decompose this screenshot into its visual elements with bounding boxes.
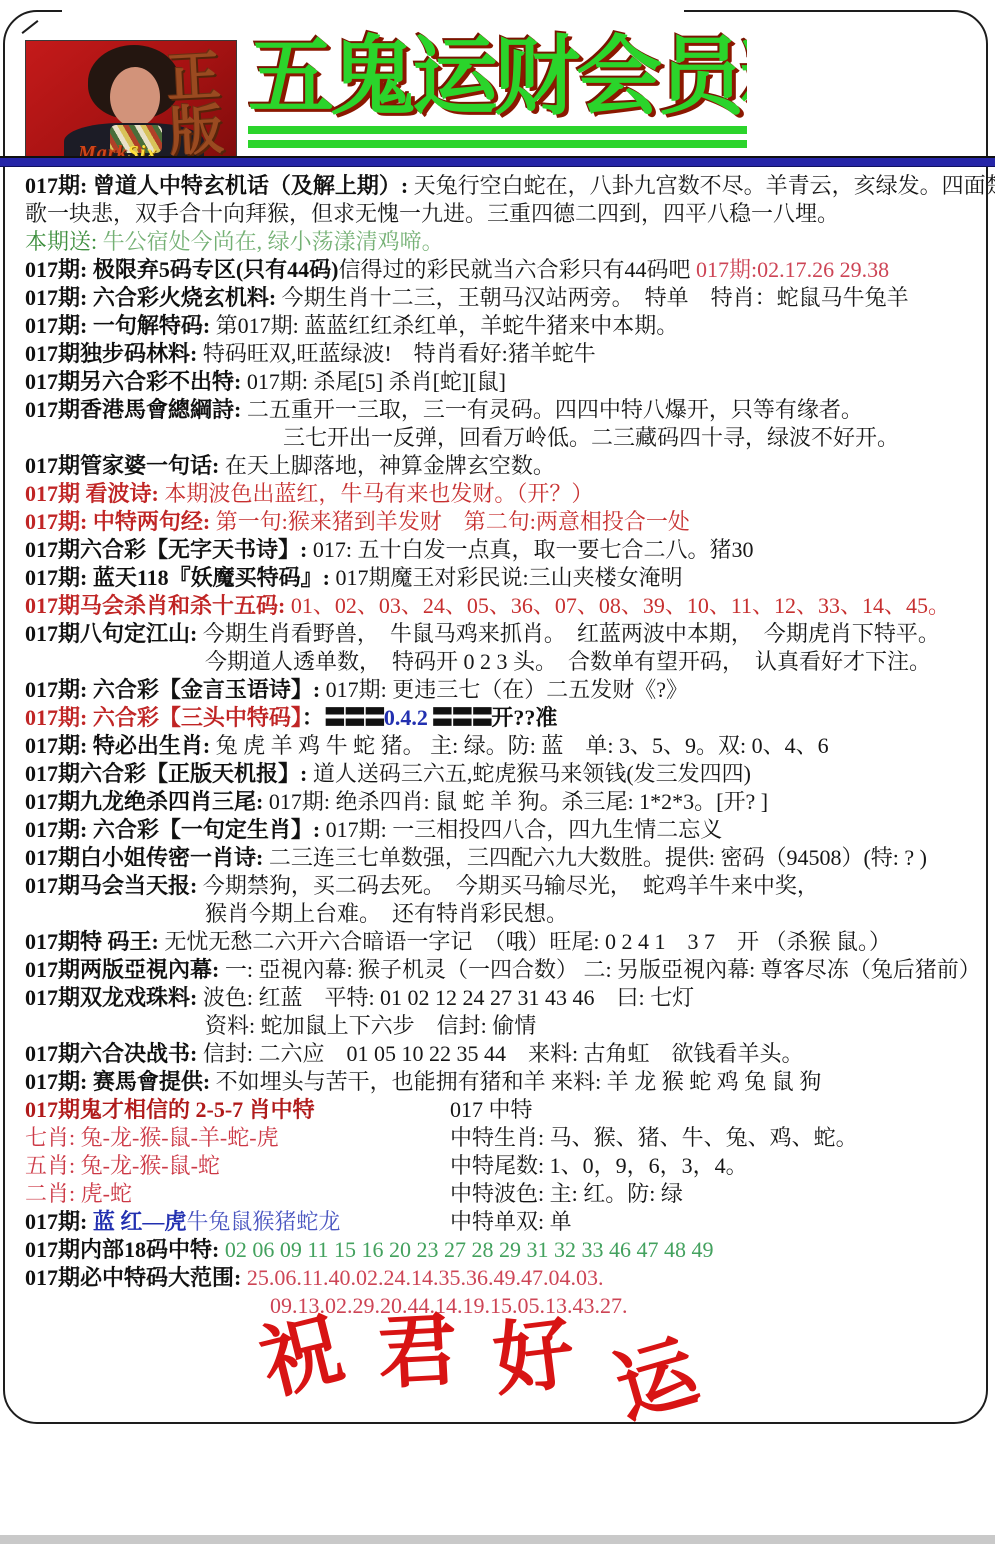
text-run: 中特尾数: 1、0，9，6，3，4。	[450, 1153, 748, 1178]
info-line: 017期六合彩【无字天书诗】: 017: 五十白发一点真，取一要七合二八。猪30	[25, 536, 995, 564]
text-run: 017期: 一三相投四八合，四九生情二忘义	[326, 817, 723, 842]
info-line: 017期必中特码大范围: 25.06.11.40.02.24.14.35.36.…	[25, 1264, 995, 1292]
info-line: 中特生肖: 马、猴、猪、牛、兔、鸡、蛇。	[450, 1124, 995, 1152]
info-line: 017期马会当天报: 今期禁狗，买二码去死。 今期买马输尽光， 蛇鸡羊牛来中奖，	[25, 872, 995, 900]
info-line: 猴肖今期上台难。 还有特肖彩民想。	[25, 900, 995, 928]
info-line: 中特波色: 主: 红。防: 绿	[450, 1180, 995, 1208]
text-run: 017期: 六合彩【三头中特码】	[25, 705, 302, 730]
text-run: 017期香港馬會總綱詩:	[25, 397, 247, 422]
text-run: 二五重开一三取，三一有灵码。四四中特八爆开，只等有缘者。	[247, 397, 863, 422]
stamp-char: 好	[489, 1313, 578, 1402]
text-run: 017期两版亞視內幕:	[25, 957, 225, 982]
info-line: 017期特 码王: 无忧无愁二六开六合暗语一字记 （哦）旺尾: 0 2 4 1 …	[25, 928, 995, 956]
text-run: 本期送:	[25, 229, 103, 254]
info-line: 017期: 六合彩【金言玉语诗】: 017期: 更违三七（在）二五发财《?》	[25, 676, 995, 704]
left-column: 017期鬼才相信的 2-5-7 肖中特七肖: 兔-龙-猴-鼠-羊-蛇-虎五肖: …	[25, 1096, 450, 1236]
text-run: 017期独步码林料:	[25, 341, 203, 366]
text-run: 017期: 曾道人中特玄机话（及解上期）:	[25, 173, 414, 198]
text-run: 今期生肖十二三，王朝马汉站两旁。 特单 特肖：蛇鼠马牛兔羊	[282, 285, 909, 310]
text-run: 五肖: 兔-龙-猴-鼠-蛇	[25, 1153, 220, 1178]
text-run: 25.06.11.40.02.24.14.35.36.49.47.04.03.	[247, 1265, 604, 1290]
info-line: 017期鬼才相信的 2-5-7 肖中特	[25, 1096, 450, 1124]
header-divider-line	[0, 156, 995, 167]
info-line: 017期: 蓝 红—虎牛兔鼠猴猪蛇龙	[25, 1208, 450, 1236]
text-run: 二三连三七单数强，三四配六九大数胜。提供: 密码（94508）(特: ? )	[269, 845, 927, 870]
text-run: 波色: 红蓝 平特: 01 02 12 24 27 31 43 46 曰: 七灯	[203, 985, 694, 1010]
edition-vertical-label: 正版	[159, 47, 222, 170]
info-line: 三七开出一反弹，回看万岭低。二三藏码四十寻，绿波不好开。	[25, 424, 995, 452]
text-run: 017期白小姐传密一肖诗:	[25, 845, 269, 870]
title-underline-1	[248, 126, 747, 134]
text-run: 0.4.2	[384, 705, 428, 730]
text-run: 017期 看波诗:	[25, 481, 164, 506]
info-line: 017期八句定江山: 今期生肖看野兽， 牛鼠马鸡来抓肖。 红蓝两波中本期， 今期…	[25, 620, 995, 648]
text-run: 中特单双: 单	[450, 1209, 572, 1234]
text-run: 无忧无愁二六开六合暗语一字记 （哦）旺尾: 0 2 4 1 3 7 开 （杀猴 …	[164, 929, 891, 954]
content: 017期: 曾道人中特玄机话（及解上期）: 天兔行空白蛇在，八卦九宫数不尽。羊青…	[0, 172, 995, 1320]
info-line: 017期: 极限弃5码专区(只有44码)信得过的彩民就当六合彩只有44码吧 01…	[25, 256, 995, 284]
text-run: 牛兔鼠猴猪蛇龙	[186, 1209, 340, 1234]
text-run: 第017期: 蓝蓝红红杀红单，羊蛇牛猪来中本期。	[216, 313, 679, 338]
info-line: 中特尾数: 1、0，9，6，3，4。	[450, 1152, 995, 1180]
text-run: 017期: 极限弃5码专区(只有44码)	[25, 257, 338, 282]
text-run: 不如埋头与苦干，也能拥有猪和羊 来料: 羊 龙 猴 蛇 鸡 兔 鼠 狗	[216, 1069, 822, 1094]
text-run: 017期: 六合彩【金言玉语诗】:	[25, 677, 326, 702]
text-run: 017期:02.17.26 29.38	[696, 257, 889, 282]
info-line: 017期: 赛馬會提供: 不如埋头与苦干，也能拥有猪和羊 来料: 羊 龙 猴 蛇…	[25, 1068, 995, 1096]
text-run: 〓〓〓	[428, 705, 492, 730]
frame-top-cover	[62, 8, 684, 16]
info-line: 七肖: 兔-龙-猴-鼠-羊-蛇-虎	[25, 1124, 450, 1152]
text-run: 017期: 六合彩【一句定生肖】:	[25, 817, 326, 842]
info-line: 中特单双: 单	[450, 1208, 995, 1236]
text-run: 017期: 更违三七（在）二五发财《?》	[326, 677, 688, 702]
info-line: 017期: 中特两句经: 第一句:猴来猪到羊发财 第二句:两意相投合一处	[25, 508, 995, 536]
info-line: 二肖: 虎-蛇	[25, 1180, 450, 1208]
right-column: 017 中特中特生肖: 马、猴、猪、牛、兔、鸡、蛇。中特尾数: 1、0，9，6，…	[450, 1096, 995, 1236]
text-run: 017期马会杀肖和杀十五码:	[25, 593, 291, 618]
text-run: 017期: 特必出生肖:	[25, 733, 216, 758]
text-run: 017期双龙戏珠料:	[25, 985, 203, 1010]
info-line: 资料: 蛇加鼠上下六步 信封: 偷情	[25, 1012, 995, 1040]
info-line: 017期: 六合彩【一句定生肖】: 017期: 一三相投四八合，四九生情二忘义	[25, 816, 995, 844]
text-run: 017期特 码王:	[25, 929, 164, 954]
text-run: 牛公宿处今尚在, 绿小荡漾清鸡啼。	[103, 229, 444, 254]
info-line: 歌一块悲，双手合十向拜猴，但求无愧一九进。三重四德二四到，四平八稳一八埋。	[25, 200, 995, 228]
info-line: 017期两版亞視內幕: 一: 亞視內幕: 猴子机灵（一四合数） 二: 另版亞視內…	[25, 956, 995, 984]
text-run: 017期内部18码中特:	[25, 1237, 225, 1262]
text-run: 中特生肖: 马、猴、猪、牛、兔、鸡、蛇。	[450, 1125, 858, 1150]
text-run: 道人送码三六五,蛇虎猴马来领钱(发三发四四)	[313, 761, 751, 786]
info-line: 017期六合决战书: 信封: 二六应 01 05 10 22 35 44 来料:…	[25, 1040, 995, 1068]
info-line: 017期内部18码中特: 02 06 09 11 15 16 20 23 27 …	[25, 1236, 995, 1264]
info-line: 017期: 六合彩火烧玄机料: 今期生肖十二三，王朝马汉站两旁。 特单 特肖：蛇…	[25, 284, 995, 312]
info-line: 017期独步码林料: 特码旺双,旺蓝绿波! 特肖看好:猪羊蛇牛	[25, 340, 995, 368]
text-run: 今期道人透单数， 特码开 0 2 3 头。 合数单有望开码， 认真看好才下注。	[205, 649, 931, 674]
text-run: 017期鬼才相信的 2-5-7 肖中特	[25, 1097, 315, 1122]
text-run: 今期禁狗，买二码去死。 今期买马输尽光， 蛇鸡羊牛来中奖，	[203, 873, 819, 898]
text-run: 今期生肖看野兽， 牛鼠马鸡来抓肖。 红蓝两波中本期， 今期虎肖下特平。	[203, 621, 940, 646]
text-run: 017期管家婆一句话:	[25, 453, 225, 478]
info-line: 017期: 六合彩【三头中特码】：〓〓〓0.4.2 〓〓〓开??准	[25, 704, 995, 732]
text-run: 天兔行空白蛇在，八卦九宫数不尽。羊青云，亥绿发。四面楚	[414, 173, 995, 198]
text-run: 蓝 红—虎	[93, 1209, 187, 1234]
info-line: 017期: 特必出生肖: 兔 虎 羊 鸡 牛 蛇 猪。 主: 绿。防: 蓝 单:…	[25, 732, 995, 760]
text-run: ：	[302, 705, 324, 730]
text-run: 017期: 蓝天118『妖魔买特码』:	[25, 565, 335, 590]
text-run: 017期: 赛馬會提供:	[25, 1069, 216, 1094]
text-run: 中特波色: 主: 红。防: 绿	[450, 1181, 683, 1206]
info-line: 017期白小姐传密一肖诗: 二三连三七单数强，三四配六九大数胜。提供: 密码（9…	[25, 844, 995, 872]
text-run: 特码旺双,旺蓝绿波! 特肖看好:猪羊蛇牛	[203, 341, 596, 366]
info-line: 017期 看波诗: 本期波色出蓝红，牛马有来也发财。（开？）	[25, 480, 995, 508]
info-line: 本期送: 牛公宿处今尚在, 绿小荡漾清鸡啼。	[25, 228, 995, 256]
text-run: 017期: 中特两句经:	[25, 509, 216, 534]
text-run: 本期波色出蓝红，牛马有来也发财。（开？）	[164, 481, 593, 506]
text-run: 017期魔王对彩民说:三山夹楼女淹明	[335, 565, 682, 590]
info-line: 017期管家婆一句话: 在天上脚落地，神算金牌玄空数。	[25, 452, 995, 480]
info-line: 017期马会杀肖和杀十五码: 01、02、03、24、05、36、07、08、3…	[25, 592, 995, 620]
info-line: 五肖: 兔-龙-猴-鼠-蛇	[25, 1152, 450, 1180]
text-run: 02 06 09 11 15 16 20 23 27 28 29 31 32 3…	[225, 1237, 714, 1262]
text-run: 017期九龙绝杀四肖三尾:	[25, 789, 269, 814]
main-title-text: 五鬼运财会员料	[248, 29, 747, 125]
text-run: 歌一块悲，双手合十向拜猴，但求无愧一九进。三重四德二四到，四平八稳一八埋。	[25, 201, 839, 226]
text-run: 017期: 六合彩火烧玄机料:	[25, 285, 282, 310]
text-run: 017期六合彩【正版天机报】:	[25, 761, 313, 786]
text-run: 信封: 二六应 01 05 10 22 35 44 来料: 古角虹 欲钱看羊头。	[203, 1041, 804, 1066]
text-run: 017: 五十白发一点真，取一要七合二八。猪30	[313, 537, 754, 562]
text-run: 017期:	[25, 1209, 93, 1234]
text-run: 01、02、03、24、05、36、07、08、39、10、11、12、33、1…	[291, 593, 950, 618]
bottom-grey-strip	[0, 1535, 995, 1544]
info-line: 017期双龙戏珠料: 波色: 红蓝 平特: 01 02 12 24 27 31 …	[25, 984, 995, 1012]
text-run: 兔 虎 羊 鸡 牛 蛇 猪。 主: 绿。防: 蓝 单: 3、5、9。双: 0、4…	[216, 733, 829, 758]
text-run: 七肖: 兔-龙-猴-鼠-羊-蛇-虎	[25, 1125, 279, 1150]
info-line: 017期六合彩【正版天机报】: 道人送码三六五,蛇虎猴马来领钱(发三发四四)	[25, 760, 995, 788]
text-run: 017期: 杀尾[5] 杀肖[蛇][鼠]	[247, 369, 506, 394]
good-luck-stamp: 祝 君 好 运	[262, 1318, 690, 1398]
text-run: 二肖: 虎-蛇	[25, 1181, 132, 1206]
text-run: 017期另六合彩不出特:	[25, 369, 247, 394]
text-run: 017期必中特码大范围:	[25, 1265, 247, 1290]
info-line: 017期: 曾道人中特玄机话（及解上期）: 天兔行空白蛇在，八卦九宫数不尽。羊青…	[25, 172, 995, 200]
text-run: 三七开出一反弹，回看万岭低。二三藏码四十寻，绿波不好开。	[283, 425, 899, 450]
text-run: 资料: 蛇加鼠上下六步 信封: 偷情	[205, 1013, 536, 1038]
text-run: 信得过的彩民就当六合彩只有44码吧	[338, 257, 696, 282]
info-line: 今期道人透单数， 特码开 0 2 3 头。 合数单有望开码， 认真看好才下注。	[25, 648, 995, 676]
text-run: 017期: 一句解特码:	[25, 313, 216, 338]
main-title: 五鬼运财会员料	[248, 28, 747, 126]
text-run: 017期六合彩【无字天书诗】:	[25, 537, 313, 562]
info-line: 017期: 蓝天118『妖魔买特码』: 017期魔王对彩民说:三山夹楼女淹明	[25, 564, 995, 592]
tip-sheet-page: MarkSix 正版 五鬼运财会员料 017期: 曾道人中特玄机话（及解上期）:…	[0, 0, 995, 1544]
info-line: 017期: 一句解特码: 第017期: 蓝蓝红红杀红单，羊蛇牛猪来中本期。	[25, 312, 995, 340]
text-run: 017 中特	[450, 1097, 533, 1122]
text-run: 017期: 绝杀四肖: 鼠 蛇 羊 狗。杀三尾: 1*2*3。[开? ]	[269, 789, 768, 814]
two-column-block: 017期鬼才相信的 2-5-7 肖中特七肖: 兔-龙-猴-鼠-羊-蛇-虎五肖: …	[25, 1096, 995, 1236]
stamp-char: 君	[376, 1311, 460, 1395]
portrait-face	[110, 67, 160, 127]
info-line: 017期另六合彩不出特: 017期: 杀尾[5] 杀肖[蛇][鼠]	[25, 368, 995, 396]
info-line: 017期香港馬會總綱詩: 二五重开一三取，三一有灵码。四四中特八爆开，只等有缘者…	[25, 396, 995, 424]
text-run: 〓〓〓	[324, 705, 384, 730]
info-line: 017 中特	[450, 1096, 995, 1124]
title-underline-2	[248, 140, 747, 148]
text-run: 一: 亞視內幕: 猴子机灵（一四合数） 二: 另版亞視內幕: 尊客尽冻（兔后猪前…	[225, 957, 981, 982]
text-run: 在天上脚落地，神算金牌玄空数。	[225, 453, 555, 478]
text-run: 017期马会当天报:	[25, 873, 203, 898]
text-run: 猴肖今期上台难。 还有特肖彩民想。	[205, 901, 568, 926]
text-run: 017期六合决战书:	[25, 1041, 203, 1066]
text-run: 017期八句定江山:	[25, 621, 203, 646]
info-line: 017期九龙绝杀四肖三尾: 017期: 绝杀四肖: 鼠 蛇 羊 狗。杀三尾: 1…	[25, 788, 995, 816]
stamp-char: 祝	[254, 1310, 351, 1407]
text-run: 第一句:猴来猪到羊发财 第二句:两意相投合一处	[216, 509, 690, 534]
text-run: 开??准	[491, 705, 557, 730]
